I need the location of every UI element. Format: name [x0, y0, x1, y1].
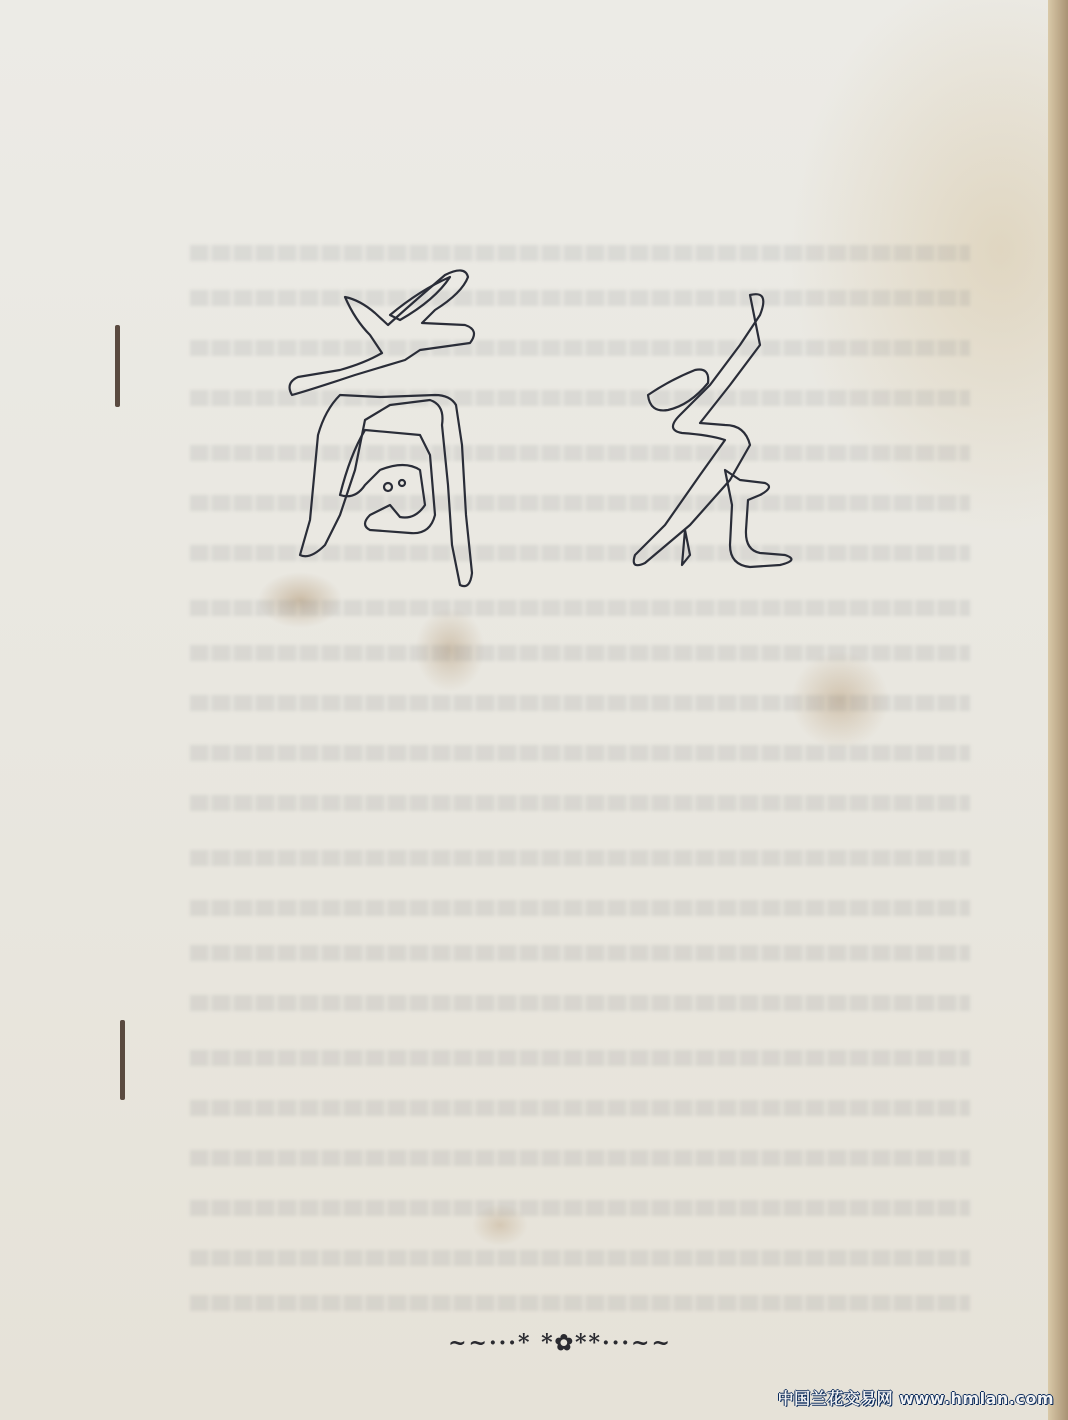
bleed-through-text-line	[190, 795, 970, 811]
bleed-through-text-line	[190, 900, 970, 916]
title-char-lan	[290, 270, 474, 395]
bleed-through-text-line	[190, 945, 970, 961]
bleed-through-text-line	[190, 1295, 970, 1311]
document-page: 蘭花 ~~···* *✿**···~~	[0, 0, 1048, 1420]
ornament-divider: ~~···* *✿**···~~	[400, 1330, 720, 1356]
bleed-through-text-line	[190, 695, 970, 711]
page-edge-shadow	[1048, 0, 1068, 1420]
site-watermark: 中国兰花交易网 www.hmlan.com	[778, 1386, 1054, 1409]
calligraphy-title	[270, 255, 810, 595]
bleed-through-text-line	[190, 645, 970, 661]
bleed-through-text-line	[190, 1200, 970, 1216]
bleed-through-text-line	[190, 745, 970, 761]
bleed-through-text-line	[190, 995, 970, 1011]
bleed-through-text-line	[190, 850, 970, 866]
bleed-through-text-line	[190, 1050, 970, 1066]
staple-bottom	[120, 1020, 125, 1100]
bleed-through-text-line	[190, 600, 970, 616]
bleed-through-text-line	[190, 1100, 970, 1116]
title-char-hua	[634, 294, 764, 565]
bleed-through-text-line	[190, 1150, 970, 1166]
bleed-through-text-line	[190, 1250, 970, 1266]
staple-top	[115, 325, 120, 407]
